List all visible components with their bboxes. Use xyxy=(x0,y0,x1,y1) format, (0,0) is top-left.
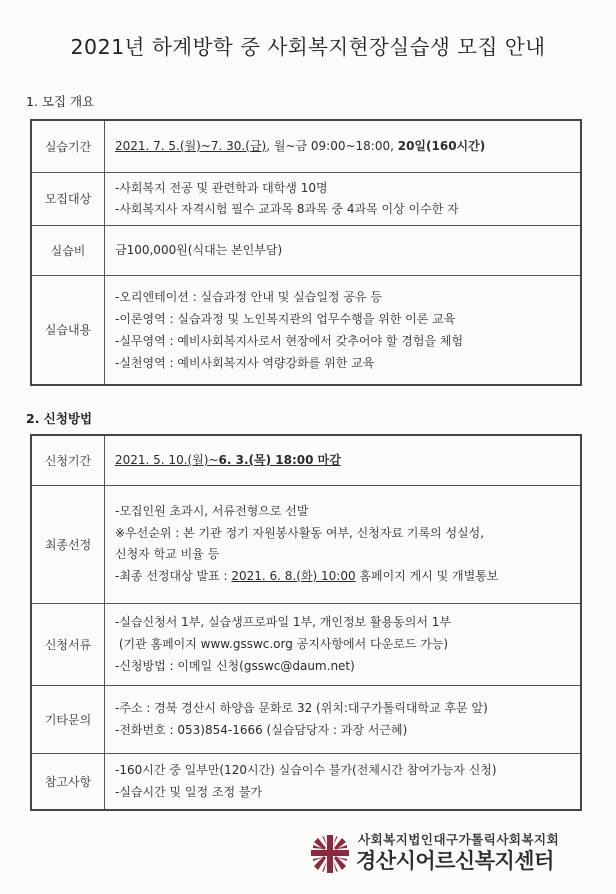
section-1-heading: 1. 모집 개요 xyxy=(26,92,94,110)
text-line: -오리엔테이션 : 실습과정 안내 및 실습일정 공유 등 xyxy=(115,286,580,308)
table-row-fee: 실습비 금100,000원(식대는 본인부담) xyxy=(31,225,581,275)
text-line: -160시간 중 일부만(120시간) 실습이수 불가(전체시간 참여가능자 신… xyxy=(115,759,580,781)
text-line: -이론영역 : 실습과정 및 노인복지관의 업무수행을 위한 이론 교육 xyxy=(115,308,580,330)
row-value: -실습신청서 1부, 실습생프로파일 1부, 개인정보 활용동의서 1부 (기관… xyxy=(105,603,582,685)
text-line: -실무영역 : 예비사회복지사로서 현장에서 갖추어야 할 경험을 체험 xyxy=(115,330,580,352)
row-label: 실습기간 xyxy=(31,120,105,172)
row-value: -모집인원 초과시, 서류전형으로 선발 ※우선순위 : 본 기관 정기 자원봉… xyxy=(105,485,582,603)
text-line: -실습시간 및 일정 조정 불가 xyxy=(115,781,580,803)
table-row-application-period: 신청기간 2021. 5. 10.(월)~6. 3.(목) 18:00 마감 xyxy=(31,435,581,485)
application-deadline: 6. 3.(목) 18:00 마감 xyxy=(219,453,341,467)
table-row-content: 실습내용 -오리엔테이션 : 실습과정 안내 및 실습일정 공유 등 -이론영역… xyxy=(31,275,581,385)
section-2-heading: 2. 신청방법 xyxy=(26,409,92,427)
table-row-final-selection: 최종선정 -모집인원 초과시, 서류전형으로 선발 ※우선순위 : 본 기관 정… xyxy=(31,485,581,603)
table-row-documents: 신청서류 -실습신청서 1부, 실습생프로파일 1부, 개인정보 활용동의서 1… xyxy=(31,603,581,685)
row-value: 2021. 5. 10.(월)~6. 3.(목) 18:00 마감 xyxy=(105,435,582,485)
practice-duration: 20일(160시간) xyxy=(398,139,486,153)
row-label: 최종선정 xyxy=(31,485,105,603)
logo-name: 경산시어르신복지센터 xyxy=(356,845,554,875)
practice-schedule: , 월~금 09:00~18:00, xyxy=(266,139,398,153)
row-label: 신청서류 xyxy=(31,603,105,685)
page-title: 2021년 하계방학 중 사회복지현장실습생 모집 안내 xyxy=(0,30,616,60)
caritas-cross-icon xyxy=(310,834,350,874)
text-line: 신청자 학교 비율 등 xyxy=(115,544,580,566)
row-value: 2021. 7. 5.(월)~7. 30.(금), 월~금 09:00~18:0… xyxy=(105,120,582,172)
row-value: -오리엔테이션 : 실습과정 안내 및 실습일정 공유 등 -이론영역 : 실습… xyxy=(105,275,582,385)
text-line: -사회복지사 자격시험 필수 교과목 8과목 중 4과목 이상 이수한 자 xyxy=(115,199,580,220)
row-value: -160시간 중 일부만(120시간) 실습이수 불가(전체시간 참여가능자 신… xyxy=(105,753,582,810)
row-value: -사회복지 전공 및 관련학과 대학생 10명 -사회복지사 자격시험 필수 교… xyxy=(105,172,582,225)
announcement-date: 2021. 6. 8.(화) 10:00 xyxy=(231,569,355,583)
row-value: 금100,000원(식대는 본인부담) xyxy=(105,225,582,275)
practice-period: 2021. 7. 5.(월)~7. 30.(금) xyxy=(115,139,266,153)
text-line: ※우선순위 : 본 기관 정기 자원봉사활동 여부, 신청자료 기록의 성실성, xyxy=(115,523,580,545)
row-label: 실습내용 xyxy=(31,275,105,385)
website-note: (기관 홈페이지 www.gsswc.org 공지사항에서 다운로드 가능) xyxy=(115,633,580,655)
table-row-target: 모집대상 -사회복지 전공 및 관련학과 대학생 10명 -사회복지사 자격시험… xyxy=(31,172,581,225)
text-line: -모집인원 초과시, 서류전형으로 선발 xyxy=(115,501,580,523)
text-line: -실천영역 : 예비사회복지사 역량강화를 위한 교육 xyxy=(115,352,580,374)
table-row-notes: 참고사항 -160시간 중 일부만(120시간) 실습이수 불가(전체시간 참여… xyxy=(31,753,581,810)
row-label: 참고사항 xyxy=(31,753,105,810)
text-line: 금100,000원(식대는 본인부담) xyxy=(115,240,580,261)
recruitment-overview-table: 실습기간 2021. 7. 5.(월)~7. 30.(금), 월~금 09:00… xyxy=(30,119,582,386)
address: -주소 : 경북 경산시 하양읍 문화로 32 (위치:대구가톨릭대학교 후문 … xyxy=(115,697,580,719)
organization-logo: 사회복지법인대구가톨릭사회복지회 경산시어르신복지센터 xyxy=(310,830,610,878)
row-label: 신청기간 xyxy=(31,435,105,485)
row-label: 실습비 xyxy=(31,225,105,275)
announcement-method: 홈페이지 게시 및 개별통보 xyxy=(356,569,499,583)
announcement-label: -최종 선정대상 발표 : xyxy=(115,569,231,583)
row-label: 모집대상 xyxy=(31,172,105,225)
text-line: -최종 선정대상 발표 : 2021. 6. 8.(화) 10:00 홈페이지 … xyxy=(115,566,580,588)
table-row-period: 실습기간 2021. 7. 5.(월)~7. 30.(금), 월~금 09:00… xyxy=(31,120,581,172)
email-application: -신청방법 : 이메일 신청(gsswc@daum.net) xyxy=(115,655,580,677)
phone: -전화번호 : 053)854-1666 (실습담당자 : 과장 서근혜) xyxy=(115,719,580,741)
row-label: 기타문의 xyxy=(31,685,105,753)
application-start: 2021. 5. 10.(월)~ xyxy=(115,453,219,467)
row-value: -주소 : 경북 경산시 하양읍 문화로 32 (위치:대구가톨릭대학교 후문 … xyxy=(105,685,582,753)
text-line: -실습신청서 1부, 실습생프로파일 1부, 개인정보 활용동의서 1부 xyxy=(115,611,580,633)
text-line: -사회복지 전공 및 관련학과 대학생 10명 xyxy=(115,178,580,199)
application-method-table: 신청기간 2021. 5. 10.(월)~6. 3.(목) 18:00 마감 최… xyxy=(30,434,582,811)
table-row-inquiries: 기타문의 -주소 : 경북 경산시 하양읍 문화로 32 (위치:대구가톨릭대학… xyxy=(31,685,581,753)
